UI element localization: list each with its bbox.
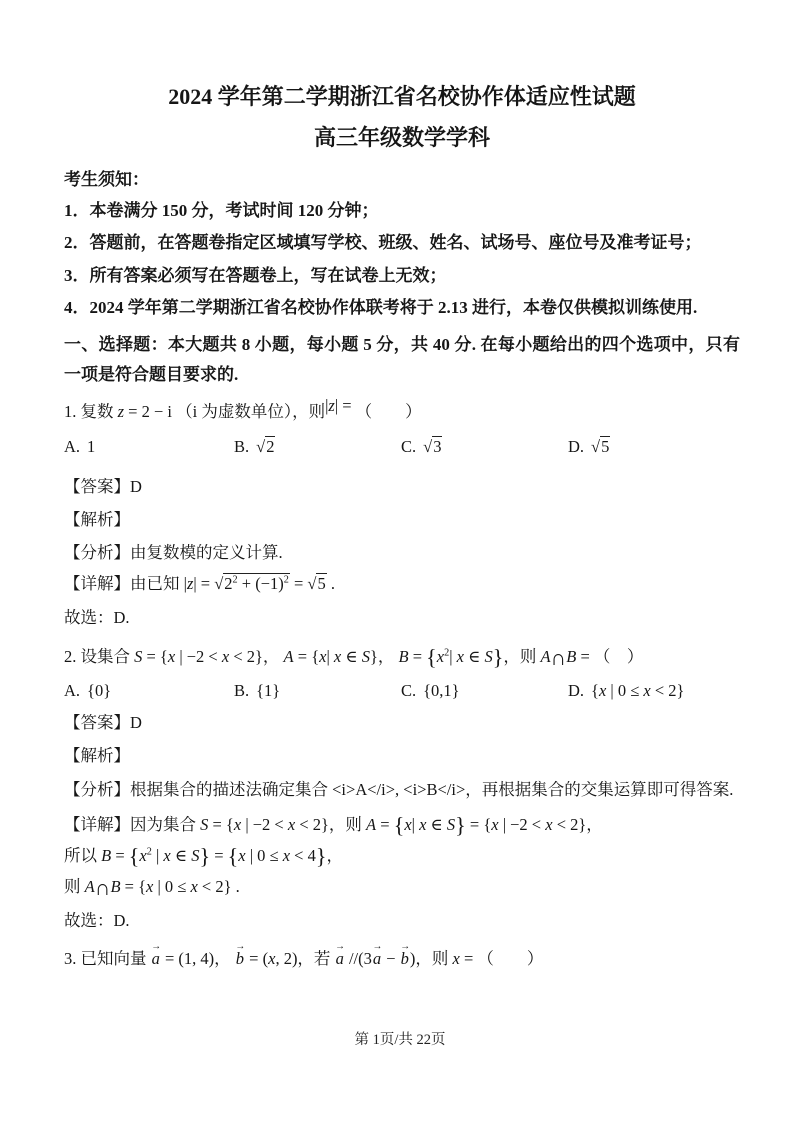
choice-label: D. bbox=[568, 681, 584, 700]
question-3: 3. 已知向量 a = (1, 4)， b = (x, 2)，若 a //(3a… bbox=[64, 948, 740, 970]
choice-label: C. bbox=[401, 681, 416, 700]
notice-item-1: 1．本卷满分 150 分，考试时间 120 分钟； bbox=[64, 200, 740, 222]
question-1: 1. 复数 z = 2 − i （i 为虚数单位），则|z| = （ ） A.1… bbox=[64, 401, 740, 629]
question-2-choice-c: C.{0,1} bbox=[401, 681, 568, 701]
question-2-fenxi: 【分析】根据集合的描述法确定集合 <i>A</i>, <i>B</i>，再根据集… bbox=[64, 779, 740, 801]
question-3-stem: 3. 已知向量 a = (1, 4)， b = (x, 2)，若 a //(3a… bbox=[64, 948, 740, 970]
question-2-xiangjie-3: 则 A∩B = {x | 0 ≤ x < 2} . bbox=[64, 876, 740, 898]
page-footer: 第 1页/共 22页 bbox=[0, 1028, 800, 1049]
question-2: 2. 设集合 S = {x | −2 < x < 2}， A = {x| x ∈… bbox=[64, 646, 740, 932]
exam-title-line2: 高三年级数学学科 bbox=[64, 125, 740, 151]
choice-label: B. bbox=[234, 681, 249, 700]
exam-title-line1: 2024 学年第二学期浙江省名校协作体适应性试题 bbox=[64, 84, 740, 110]
question-1-xiangjie: 【详解】由已知 |z| = √22 + (−1)2 = √5 . bbox=[64, 573, 740, 595]
page-content: 2024 学年第二学期浙江省名校协作体适应性试题 高三年级数学学科 考生须知： … bbox=[0, 0, 800, 970]
choice-value: {x | 0 ≤ x < 2} bbox=[591, 681, 684, 700]
choice-value: {0} bbox=[87, 681, 111, 700]
question-1-choice-a: A.1 bbox=[64, 437, 234, 457]
question-2-choice-d: D.{x | 0 ≤ x < 2} bbox=[568, 681, 740, 701]
notice-item-3: 3．所有答案必须写在答题卷上，写在试卷上无效； bbox=[64, 265, 740, 287]
question-1-jiexi-tag: 【解析】 bbox=[64, 509, 740, 531]
choice-value: √3 bbox=[423, 436, 442, 456]
choice-value: √5 bbox=[591, 436, 610, 456]
choice-value: √2 bbox=[256, 436, 275, 456]
question-2-conclusion: 故选：D. bbox=[64, 910, 740, 932]
notice-item-4: 4．2024 学年第二学期浙江省名校协作体联考将于 2.13 进行，本卷仅供模拟… bbox=[64, 297, 740, 319]
question-1-choice-d: D.√5 bbox=[568, 437, 740, 457]
question-1-stem: 1. 复数 z = 2 − i （i 为虚数单位），则|z| = （ ） bbox=[64, 401, 740, 423]
question-1-conclusion: 故选：D. bbox=[64, 607, 740, 629]
question-1-fenxi: 【分析】由复数模的定义计算. bbox=[64, 542, 740, 564]
choice-label: C. bbox=[401, 437, 416, 456]
question-1-answer-line: 【答案】D bbox=[64, 476, 740, 498]
question-2-xiangjie-1: 【详解】因为集合 S = {x | −2 < x < 2}，则 A = {x| … bbox=[64, 814, 740, 836]
exam-document-page: 2024 学年第二学期浙江省名校协作体适应性试题 高三年级数学学科 考生须知： … bbox=[0, 0, 800, 1131]
choice-value: {1} bbox=[256, 681, 280, 700]
question-2-choice-b: B.{1} bbox=[234, 681, 401, 701]
choice-value: {0,1} bbox=[423, 681, 459, 700]
notice-heading: 考生须知： bbox=[64, 169, 740, 190]
notice-item-2: 2．答题前，在答题卷指定区域填写学校、班级、姓名、试场号、座位号及准考证号； bbox=[64, 232, 740, 254]
answer-tag: 【答案】 bbox=[64, 477, 130, 496]
question-1-choice-c: C.√3 bbox=[401, 437, 568, 457]
question-1-choice-b: B.√2 bbox=[234, 437, 401, 457]
question-1-choices: A.1 B.√2 C.√3 D.√5 bbox=[64, 437, 740, 457]
question-2-jiexi-tag: 【解析】 bbox=[64, 745, 740, 767]
question-2-xiangjie-2: 所以 B = {x2 | x ∈ S} = {x | 0 ≤ x < 4}， bbox=[64, 845, 740, 867]
question-2-stem: 2. 设集合 S = {x | −2 < x < 2}， A = {x| x ∈… bbox=[64, 646, 740, 668]
answer-value: D bbox=[130, 477, 142, 496]
answer-value: D bbox=[130, 713, 142, 732]
section-1-heading: 一、选择题：本大题共 8 小题，每小题 5 分，共 40 分. 在每小题给出的四… bbox=[64, 330, 740, 391]
question-2-choices: A.{0} B.{1} C.{0,1} D.{x | 0 ≤ x < 2} bbox=[64, 681, 740, 701]
answer-tag: 【答案】 bbox=[64, 713, 130, 732]
question-2-answer-line: 【答案】D bbox=[64, 712, 740, 734]
choice-label: A. bbox=[64, 437, 80, 456]
choice-value: 1 bbox=[87, 437, 95, 456]
choice-label: D. bbox=[568, 437, 584, 456]
choice-label: B. bbox=[234, 437, 249, 456]
choice-label: A. bbox=[64, 681, 80, 700]
question-2-choice-a: A.{0} bbox=[64, 681, 234, 701]
